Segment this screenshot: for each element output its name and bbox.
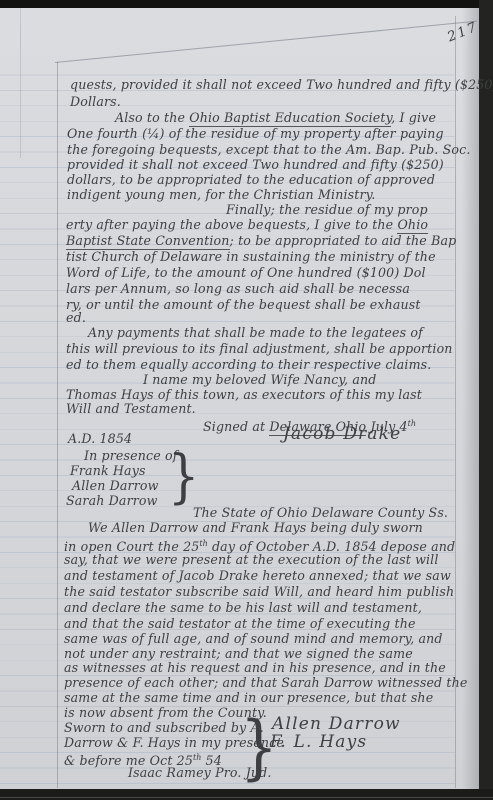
witness-brace: } [168, 447, 199, 505]
manuscript-line: is now absent from the County. [64, 706, 267, 720]
manuscript-line: Sworn to and subscribed by A. [64, 721, 264, 735]
manuscript-line: In presence of [84, 449, 178, 463]
manuscript-line: and declare the same to be his last will… [64, 601, 422, 615]
manuscript-line: erty after paying the above bequests, I … [66, 218, 428, 232]
manuscript-line: tist Church of Delaware in sustaining th… [66, 250, 436, 264]
manuscript-line: as witnesses at his request and in his p… [64, 661, 446, 675]
manuscript-line: Word of Life, to the amount of One hundr… [66, 266, 426, 280]
manuscript-line: Dollars. [70, 95, 121, 109]
manuscript-line: ry, or until the amount of the bequest s… [66, 298, 421, 312]
signature-allen-darrow: Allen Darrow [272, 717, 401, 731]
manuscript-line: I name my beloved Wife Nancy, and [143, 373, 376, 387]
manuscript-line: Baptist State Convention; to be appropri… [66, 234, 456, 248]
manuscript-line: The State of Ohio Delaware County Ss. [193, 506, 448, 520]
manuscript-line: Any payments that shall be made to the l… [88, 326, 423, 340]
signature-jacob-drake: Jacob Drake [283, 427, 401, 441]
manuscript-line: say, that we were present at the executi… [64, 553, 439, 567]
manuscript-line: dollars, to be appropriated to the educa… [67, 173, 435, 187]
manuscript-line: same at the same time and in our presenc… [64, 691, 433, 705]
witness-sarah-darrow: Sarah Darrow [66, 494, 158, 508]
manuscript-line: provided it shall not exceed Two hundred… [67, 158, 444, 172]
witness-frank-hays: Frank Hays [70, 464, 146, 478]
manuscript-line: and that the said testator at the time o… [64, 617, 416, 631]
manuscript-line: quests, provided it shall not exceed Two… [70, 78, 493, 92]
manuscript-line: the said testator subscribe said Will, a… [64, 585, 454, 599]
scanned-ledger-page: 217 quests, provided it shall not exceed… [0, 0, 493, 800]
manuscript-text-layer: quests, provided it shall not exceed Two… [0, 0, 493, 800]
manuscript-line: ed. [66, 311, 86, 325]
witness-allen-darrow: Allen Darrow [72, 479, 159, 493]
manuscript-line: presence of each other; and that Sarah D… [64, 676, 468, 690]
manuscript-line: Will and Testament. [66, 402, 196, 416]
manuscript-line: We Allen Darrow and Frank Hays being dul… [88, 521, 423, 535]
manuscript-line: One fourth (¼) of the residue of my prop… [67, 127, 444, 141]
signature-f-l-hays: F. L. Hays [270, 735, 367, 749]
manuscript-line: same was of full age, and of sound mind … [64, 632, 443, 646]
manuscript-line: A.D. 1854 [68, 432, 132, 446]
manuscript-line: the foregoing bequests, except that to t… [67, 143, 470, 157]
manuscript-line: Finally; the residue of my prop [226, 203, 428, 217]
manuscript-line: not under any restraint; and that we sig… [64, 647, 413, 661]
manuscript-line: indigent young men, for the Christian Mi… [67, 188, 375, 202]
manuscript-line: lars per Annum, so long as such aid shal… [66, 282, 410, 296]
manuscript-line: this will previous to its final adjustme… [66, 342, 453, 356]
manuscript-line: and testament of Jacob Drake hereto anne… [64, 569, 451, 583]
manuscript-line: Also to the Ohio Baptist Education Socie… [115, 111, 436, 125]
manuscript-line: ed to them equally according to their re… [66, 358, 431, 372]
manuscript-line: Thomas Hays of this town, as executors o… [66, 388, 422, 402]
